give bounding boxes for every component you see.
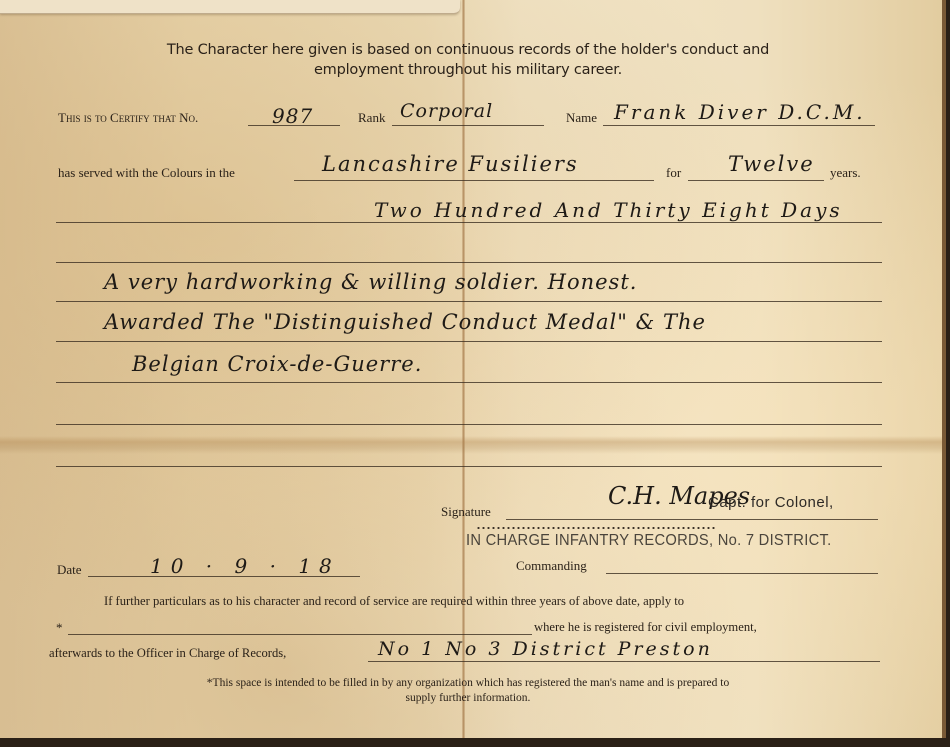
name-field-line	[603, 125, 875, 126]
stamp-dotted-line	[476, 527, 716, 529]
name-value: Frank Diver D.C.M.	[614, 100, 866, 124]
footnote-line-1: *This space is intended to be filled in …	[0, 677, 936, 689]
ruled-line	[56, 262, 882, 263]
horizontal-fold-stain	[0, 436, 946, 454]
regiment-value: Lancashire Fusiliers	[322, 152, 579, 176]
ruled-line	[56, 424, 882, 425]
records-office-field-line	[368, 661, 880, 662]
signature-field-line	[506, 519, 878, 520]
header-line-1: The Character here given is based on con…	[0, 42, 936, 58]
footer-line-3: afterwards to the Officer in Charge of R…	[49, 646, 286, 661]
ruled-line	[56, 382, 882, 383]
certify-label: This is to Certify that No.	[58, 110, 198, 126]
remarks-line-1: A very hardworking & willing soldier. Ho…	[104, 270, 637, 294]
years-label: years.	[830, 165, 861, 181]
commanding-field-line	[606, 573, 878, 574]
footer-line-1: If further particulars as to his charact…	[104, 594, 684, 609]
footnote-line-2: supply further information.	[0, 692, 936, 704]
remarks-line-3: Belgian Croix-de-Guerre.	[132, 352, 422, 376]
years-value: Twelve	[728, 152, 815, 176]
additional-days: Two Hundred And Thirty Eight Days	[374, 198, 843, 222]
footer-asterisk: *	[56, 620, 63, 636]
remarks-line-2: Awarded The "Distinguished Conduct Medal…	[104, 310, 706, 334]
date-label: Date	[57, 562, 82, 578]
certificate-paper: The Character here given is based on con…	[0, 0, 946, 740]
folded-paper-tab	[0, 0, 460, 14]
regiment-field-line	[294, 180, 654, 181]
signature-suffix-stamp: Capt. for Colonel,	[708, 494, 834, 511]
records-office-value: No 1 No 3 District Preston	[378, 638, 713, 660]
header-line-2: employment throughout his military caree…	[0, 62, 936, 78]
for-label: for	[666, 165, 681, 181]
name-label: Name	[566, 110, 597, 126]
rank-label: Rank	[358, 110, 385, 126]
scan-background	[0, 738, 950, 747]
footer-line-2: where he is registered for civil employm…	[534, 620, 757, 635]
years-field-line	[688, 180, 824, 181]
rank-value: Corporal	[400, 100, 493, 122]
service-number: 987	[272, 104, 313, 128]
signature-label: Signature	[441, 504, 491, 520]
records-office-stamp: IN CHARGE INFANTRY RECORDS, No. 7 DISTRI…	[466, 532, 831, 550]
date-value: 10 · 9 · 18	[150, 554, 340, 578]
ruled-line	[56, 466, 882, 467]
rank-field-line	[392, 125, 544, 126]
ruled-line	[56, 341, 882, 342]
paper-edge	[942, 0, 946, 740]
ruled-line	[56, 222, 882, 223]
served-label: has served with the Colours in the	[58, 165, 235, 181]
ruled-line	[56, 301, 882, 302]
commanding-label: Commanding	[516, 558, 587, 574]
organization-field-line	[68, 634, 532, 635]
